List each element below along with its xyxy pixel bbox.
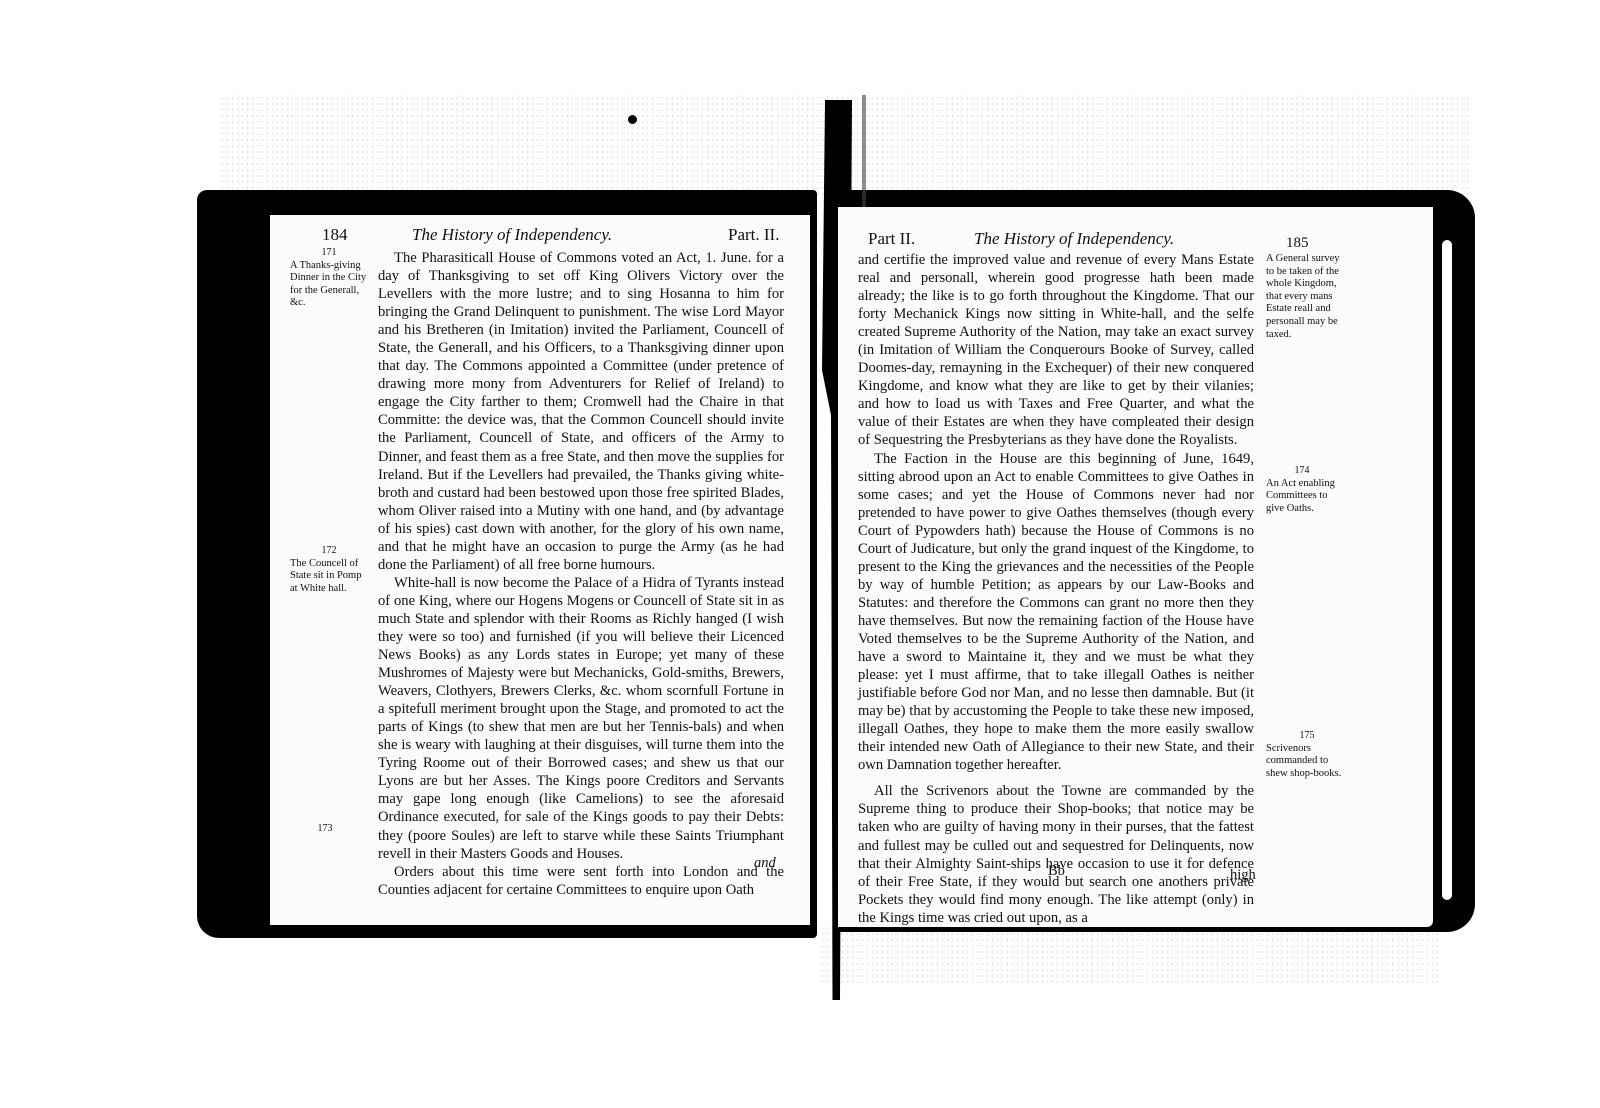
margin-note-number: 171	[290, 247, 368, 260]
margin-note-text: A General survey to be taken of the whol…	[1266, 253, 1339, 340]
margin-note-text: Scrivenors commanded to shew shop-books.	[1266, 743, 1341, 779]
spine-shadow	[862, 95, 866, 215]
right-page-number: 185	[1286, 235, 1309, 252]
margin-note-172: 172 The Councell of State sit in Pomp at…	[290, 545, 368, 595]
right-catchword: high	[1230, 867, 1256, 884]
page-edge-highlight	[1442, 240, 1452, 900]
margin-note-text: A Thanks-giving Dinner in the City for t…	[290, 260, 366, 309]
margin-note-175: 175 Scrivenors commanded to shew shop-bo…	[1266, 730, 1348, 780]
left-part-label: Part. II.	[728, 225, 779, 245]
paragraph: The Pharasiticall House of Commons voted…	[378, 249, 784, 574]
paragraph: and certifie the improved value and reve…	[858, 251, 1254, 450]
right-running-title: The History of Independency.	[974, 229, 1174, 249]
right-body-text: and certifie the improved value and reve…	[858, 251, 1254, 927]
left-catchword: and	[754, 855, 776, 872]
paragraph: Orders about this time were sent forth i…	[378, 863, 784, 899]
margin-note-number: 175	[1266, 730, 1348, 743]
left-page-number: 184	[322, 225, 348, 245]
paragraph: White-hall is now become the Palace of a…	[378, 574, 784, 863]
margin-note-general-survey: A General survey to be taken of the whol…	[1266, 253, 1348, 341]
margin-note-text: An Act enabling Committees to give Oaths…	[1266, 478, 1335, 514]
margin-note-174: 174 An Act enabling Committees to give O…	[1266, 465, 1338, 515]
scan-noise-bottom	[820, 925, 1440, 985]
right-part-label: Part II.	[868, 229, 915, 249]
left-running-title: The History of Independency.	[412, 225, 612, 245]
paragraph: All the Scrivenors about the Towne are c…	[858, 782, 1254, 926]
signature-mark: Bb	[1048, 863, 1065, 880]
margin-note-171: 171 A Thanks-giving Dinner in the City f…	[290, 247, 368, 310]
margin-note-number: 172	[290, 545, 368, 558]
margin-note-number: 174	[1266, 465, 1338, 478]
left-body-text: The Pharasiticall House of Commons voted…	[378, 249, 784, 899]
margin-note-173: 173	[310, 823, 340, 836]
left-page: 184 The History of Independency. Part. I…	[270, 215, 810, 925]
right-page: Part II. The History of Independency. 18…	[838, 207, 1433, 927]
paragraph: The Faction in the House are this beginn…	[858, 450, 1254, 775]
margin-note-text: The Councell of State sit in Pomp at Whi…	[290, 558, 361, 594]
scan-speck	[628, 115, 637, 124]
